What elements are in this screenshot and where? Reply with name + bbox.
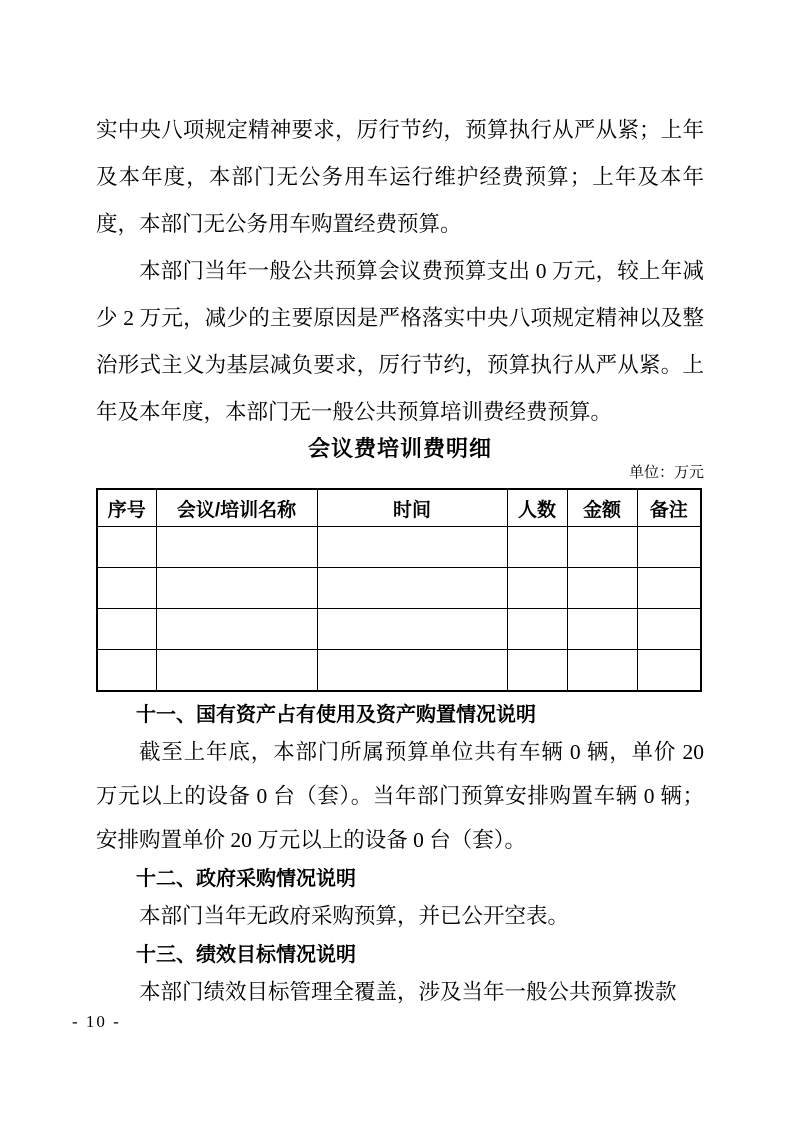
table-cell xyxy=(567,568,637,609)
section-body-13-performance: 本部门绩效目标管理全覆盖，涉及当年一般公共预算拨款 xyxy=(96,970,704,1014)
table-cell xyxy=(97,609,156,650)
paragraph-vehicle-budget: 实中央八项规定精神要求，厉行节约，预算执行从严从紧；上年及本年度，本部门无公务用… xyxy=(96,107,704,248)
table-title: 会议费培训费明细 xyxy=(96,436,704,462)
column-header-time: 时间 xyxy=(317,489,507,527)
table-cell xyxy=(507,650,567,692)
unit-label: 单位：万元 xyxy=(96,465,704,482)
table-cell xyxy=(97,650,156,692)
column-header-people-count: 人数 xyxy=(507,489,567,527)
section-body-12-procurement: 本部门当年无政府采购预算，并已公开空表。 xyxy=(96,894,704,938)
section-heading-13-performance: 十三、绩效目标情况说明 xyxy=(96,940,704,970)
table-cell xyxy=(97,527,156,568)
column-header-remarks: 备注 xyxy=(637,489,701,527)
table-cell xyxy=(317,568,507,609)
column-header-seq-no: 序号 xyxy=(97,489,156,527)
table-body xyxy=(97,527,701,692)
table-cell xyxy=(317,609,507,650)
table-cell xyxy=(567,609,637,650)
paragraph-meeting-fee-budget: 本部门当年一般公共预算会议费预算支出 0 万元，较上年减少 2 万元，减少的主要… xyxy=(96,248,704,436)
table-header-row: 序号 会议/培训名称 时间 人数 金额 备注 xyxy=(97,489,701,527)
page-number: - 10 - xyxy=(72,1012,121,1032)
table-cell xyxy=(156,568,317,609)
table-row xyxy=(97,650,701,692)
document-page: 实中央八项规定精神要求，厉行节约，预算执行从严从紧；上年及本年度，本部门无公务用… xyxy=(0,0,793,1122)
section-heading-12-procurement: 十二、政府采购情况说明 xyxy=(96,864,704,894)
table-cell xyxy=(156,527,317,568)
table-cell xyxy=(156,609,317,650)
section-body-11-state-assets: 截至上年底，本部门所属预算单位共有车辆 0 辆，单价 20 万元以上的设备 0 … xyxy=(96,730,704,862)
column-header-amount: 金额 xyxy=(567,489,637,527)
table-cell xyxy=(317,527,507,568)
table-cell xyxy=(637,568,701,609)
table-cell xyxy=(507,568,567,609)
table-cell xyxy=(507,527,567,568)
table-row xyxy=(97,568,701,609)
table-cell xyxy=(637,527,701,568)
meeting-training-table: 序号 会议/培训名称 时间 人数 金额 备注 xyxy=(96,488,702,692)
table-cell xyxy=(637,609,701,650)
table-cell xyxy=(317,650,507,692)
table-cell xyxy=(156,650,317,692)
column-header-meeting-name: 会议/培训名称 xyxy=(156,489,317,527)
table-row xyxy=(97,527,701,568)
table-cell xyxy=(637,650,701,692)
table-cell xyxy=(97,568,156,609)
table-cell xyxy=(567,527,637,568)
table-row xyxy=(97,609,701,650)
table-cell xyxy=(507,609,567,650)
section-heading-11-state-assets: 十一、国有资产占有使用及资产购置情况说明 xyxy=(96,700,704,730)
table-cell xyxy=(567,650,637,692)
